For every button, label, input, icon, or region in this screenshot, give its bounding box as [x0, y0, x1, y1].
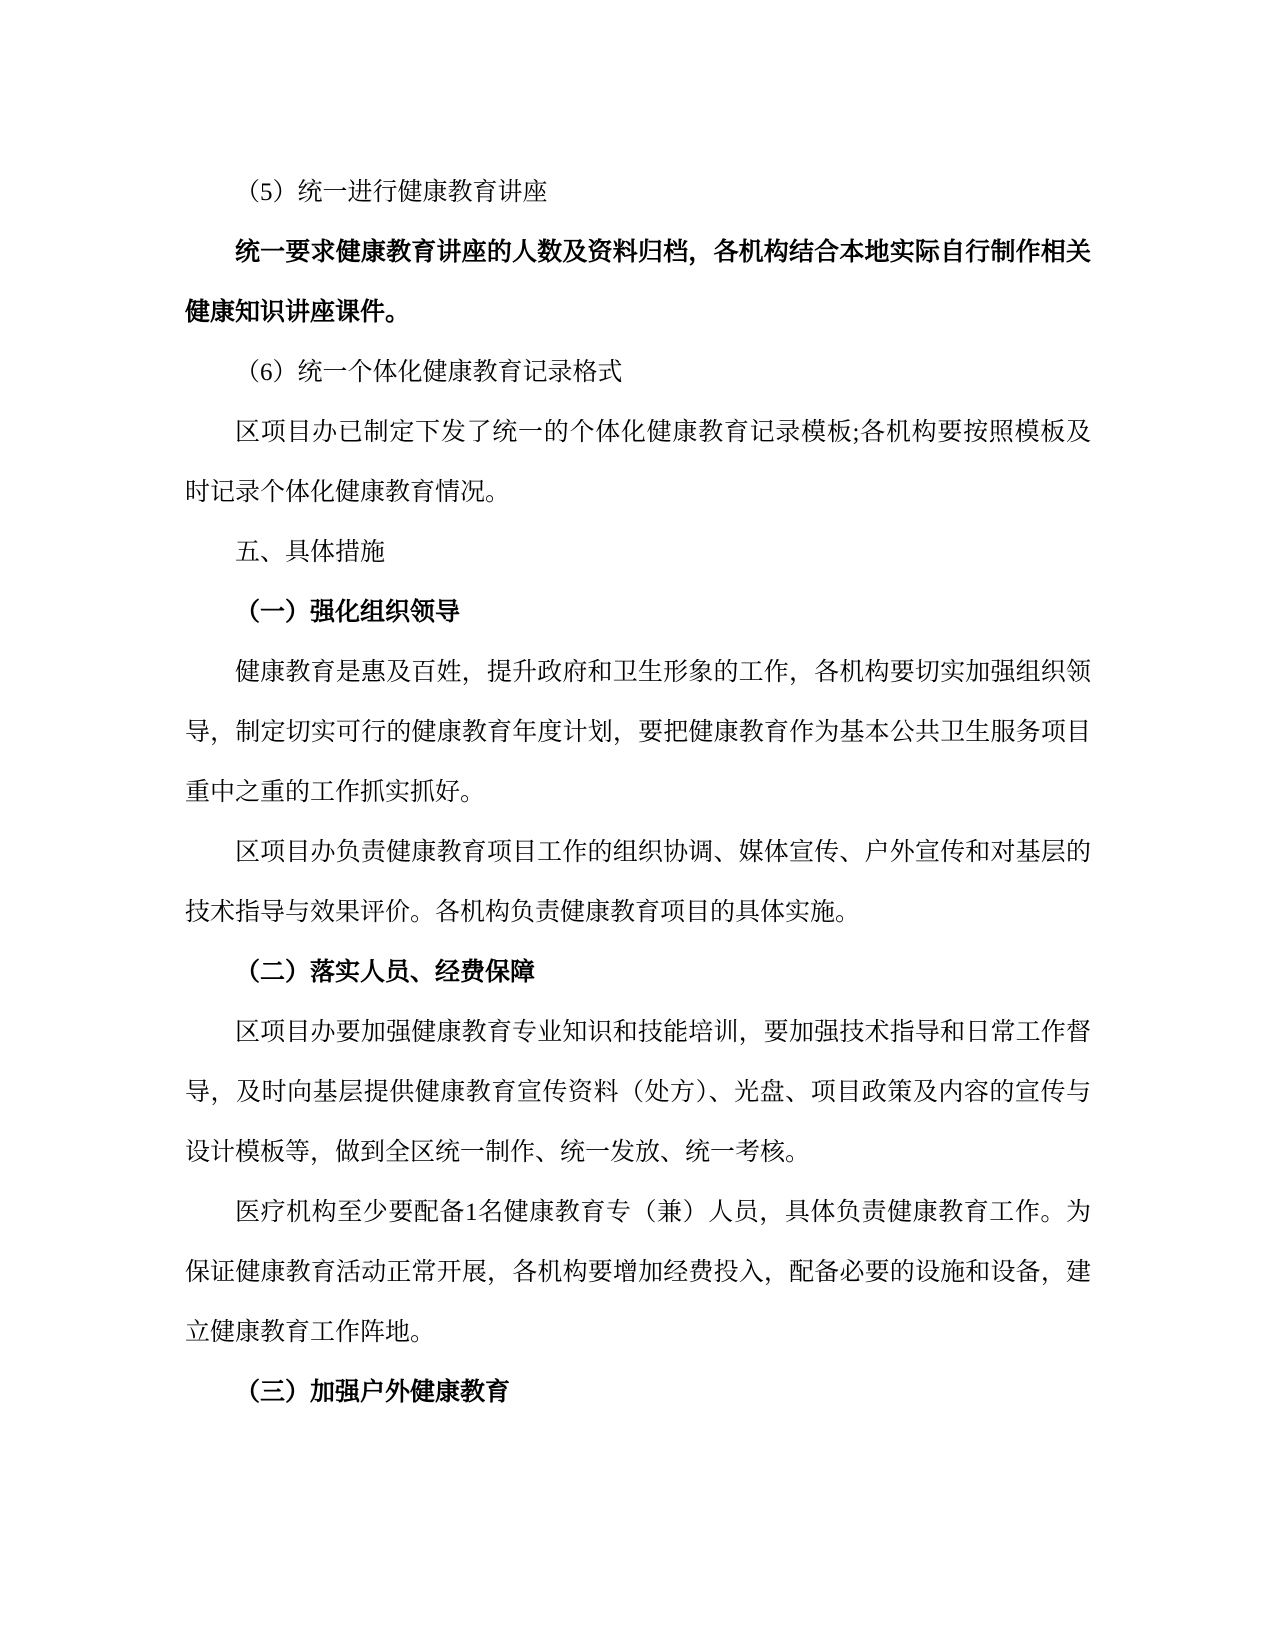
paragraph-measure-1-body-1: 健康教育是惠及百姓，提升政府和卫生形象的工作，各机构要切实加强组织领导，制定切实… [185, 643, 1091, 823]
paragraph-measure-2-body-2: 医疗机构至少要配备1名健康教育专（兼）人员，具体负责健康教育工作。为保证健康教育… [185, 1183, 1091, 1363]
paragraph-section-5-heading: 五、具体措施 [185, 523, 1091, 583]
document-page: （5）统一进行健康教育讲座 统一要求健康教育讲座的人数及资料归档，各机构结合本地… [0, 0, 1275, 1650]
paragraph-item-6-body: 区项目办已制定下发了统一的个体化健康教育记录模板;各机构要按照模板及时记录个体化… [185, 403, 1091, 523]
paragraph-item-6-heading: （6）统一个体化健康教育记录格式 [185, 343, 1091, 403]
paragraph-measure-1-body-2: 区项目办负责健康教育项目工作的组织协调、媒体宣传、户外宣传和对基层的技术指导与效… [185, 823, 1091, 943]
paragraph-item-5-heading: （5）统一进行健康教育讲座 [185, 163, 1091, 223]
paragraph-item-5-body: 统一要求健康教育讲座的人数及资料归档，各机构结合本地实际自行制作相关健康知识讲座… [185, 223, 1091, 343]
document-content: （5）统一进行健康教育讲座 统一要求健康教育讲座的人数及资料归档，各机构结合本地… [185, 163, 1091, 1423]
paragraph-measure-2-heading: （二）落实人员、经费保障 [185, 943, 1091, 1003]
paragraph-measure-3-heading: （三）加强户外健康教育 [185, 1363, 1091, 1423]
paragraph-measure-1-heading: （一）强化组织领导 [185, 583, 1091, 643]
paragraph-measure-2-body-1: 区项目办要加强健康教育专业知识和技能培训，要加强技术指导和日常工作督导，及时向基… [185, 1003, 1091, 1183]
